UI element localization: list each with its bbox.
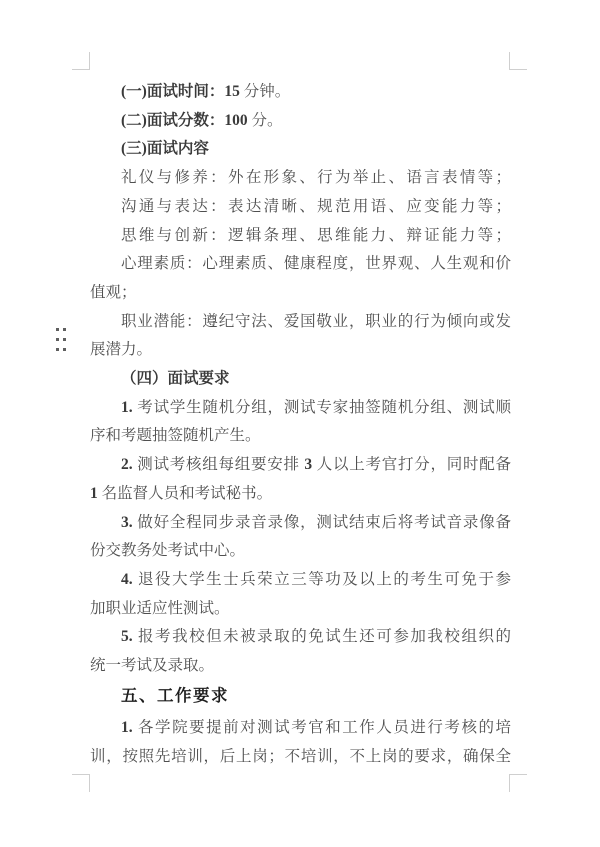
text-run: 分钟。 — [240, 83, 290, 100]
bold-text-run: 5. — [121, 628, 133, 645]
text-run: 训，按照先培训，后上岗；不培训，不上岗的要求，确保全 — [90, 748, 511, 765]
text-run: 做好全程同步录音录像，测试结束后将考试音录像备 — [133, 514, 511, 531]
text-line: 沟通与表达：表达清晰、规范用语、应变能力等； — [90, 193, 511, 222]
text-line: 加职业适应性测试。 — [90, 595, 511, 624]
text-boundary-mark-bottom-left-icon — [72, 774, 90, 792]
text-line: 值观； — [90, 279, 511, 308]
bold-text-run: 15 — [224, 83, 240, 100]
text-line: 份交教务处考试中心。 — [90, 537, 511, 566]
bold-text-run: 3. — [121, 514, 133, 531]
text-run: 展潜力。 — [90, 341, 152, 358]
text-boundary-mark-bottom-right-icon — [509, 774, 527, 792]
text-line: (三)面试内容 — [90, 135, 511, 164]
text-line: 统一考试及录取。 — [90, 652, 511, 681]
text-line: 职业潜能：遵纪守法、爱国敬业，职业的行为倾向或发 — [90, 308, 511, 337]
text-run: 统一考试及录取。 — [90, 657, 214, 674]
bold-text-run: 1 — [90, 485, 98, 502]
text-run: 值观； — [90, 284, 137, 301]
text-line: (一)面试时间：15 分钟。 — [90, 78, 511, 107]
bold-text-run: (一)面试时间： — [121, 83, 224, 100]
text-run: 序和考题抽签随机产生。 — [90, 427, 261, 444]
text-line: 1. 各学院要提前对测试考官和工作人员进行考核的培 — [90, 714, 511, 743]
text-line: 1 名监督人员和考试秘书。 — [90, 480, 511, 509]
text-run: 考试学生随机分组，测试专家抽签随机分组、测试顺 — [133, 399, 511, 416]
text-line: 五、工作要求 — [90, 682, 511, 711]
text-line: 礼仪与修养：外在形象、行为举止、语言表情等； — [90, 164, 511, 193]
text-run: 报考我校但未被录取的免试生还可参加我校组织的 — [133, 628, 511, 645]
text-line: 5. 报考我校但未被录取的免试生还可参加我校组织的 — [90, 623, 511, 652]
text-line: 心理素质：心理素质、健康程度，世界观、人生观和价 — [90, 250, 511, 279]
bold-text-run: (二)面试分数： — [121, 112, 224, 129]
document-text: (一)面试时间：15 分钟。(二)面试分数：100 分。(三)面试内容礼仪与修养… — [90, 78, 511, 772]
bold-text-run: 1. — [121, 399, 133, 416]
text-line: 3. 做好全程同步录音录像，测试结束后将考试音录像备 — [90, 509, 511, 538]
text-run: 礼仪与修养：外在形象、行为举止、语言表情等； — [121, 169, 511, 186]
text-run: 分。 — [248, 112, 283, 129]
document-page: (一)面试时间：15 分钟。(二)面试分数：100 分。(三)面试内容礼仪与修养… — [0, 0, 600, 847]
text-boundary-mark-top-right-icon — [509, 52, 527, 70]
text-run: 职业潜能：遵纪守法、爱国敬业，职业的行为倾向或发 — [121, 313, 511, 330]
text-line: 序和考题抽签随机产生。 — [90, 422, 511, 451]
text-run: 加职业适应性测试。 — [90, 600, 230, 617]
text-line: 1. 考试学生随机分组，测试专家抽签随机分组、测试顺 — [90, 394, 511, 423]
text-run: 退役大学生士兵荣立三等功及以上的考生可免于参 — [133, 571, 511, 588]
bold-text-run: 1. — [121, 719, 133, 736]
bold-text-run: 2. — [121, 456, 133, 473]
text-line: 思维与创新：逻辑条理、思维能力、辩证能力等； — [90, 222, 511, 251]
text-line: 4. 退役大学生士兵荣立三等功及以上的考生可免于参 — [90, 566, 511, 595]
text-line: (二)面试分数：100 分。 — [90, 107, 511, 136]
bold-text-run: (三)面试内容 — [121, 140, 209, 157]
text-run: 思维与创新：逻辑条理、思维能力、辩证能力等； — [121, 227, 511, 244]
text-run: 份交教务处考试中心。 — [90, 542, 245, 559]
text-run: 沟通与表达：表达清晰、规范用语、应变能力等； — [121, 198, 511, 215]
bold-text-run: 4. — [121, 571, 133, 588]
text-run: 测试考核组每组要安排 — [133, 456, 305, 473]
text-line: （四）面试要求 — [90, 365, 511, 394]
bold-text-run: （四）面试要求 — [121, 370, 230, 387]
text-run: 心理素质：心理素质、健康程度，世界观、人生观和价 — [121, 255, 511, 272]
drag-handle-icon[interactable] — [56, 328, 66, 351]
text-run: 名监督人员和考试秘书。 — [98, 485, 272, 502]
bold-text-run: 3 — [304, 456, 312, 473]
text-line: 2. 测试考核组每组要安排 3 人以上考官打分，同时配备 — [90, 451, 511, 480]
bold-text-run: 五、工作要求 — [121, 687, 229, 705]
bold-text-run: 100 — [224, 112, 247, 129]
text-line: 展潜力。 — [90, 336, 511, 365]
text-run: 各学院要提前对测试考官和工作人员进行考核的培 — [133, 719, 511, 736]
text-run: 人以上考官打分，同时配备 — [312, 456, 511, 473]
text-boundary-mark-top-left-icon — [72, 52, 90, 70]
text-line: 训，按照先培训，后上岗；不培训，不上岗的要求，确保全 — [90, 743, 511, 772]
